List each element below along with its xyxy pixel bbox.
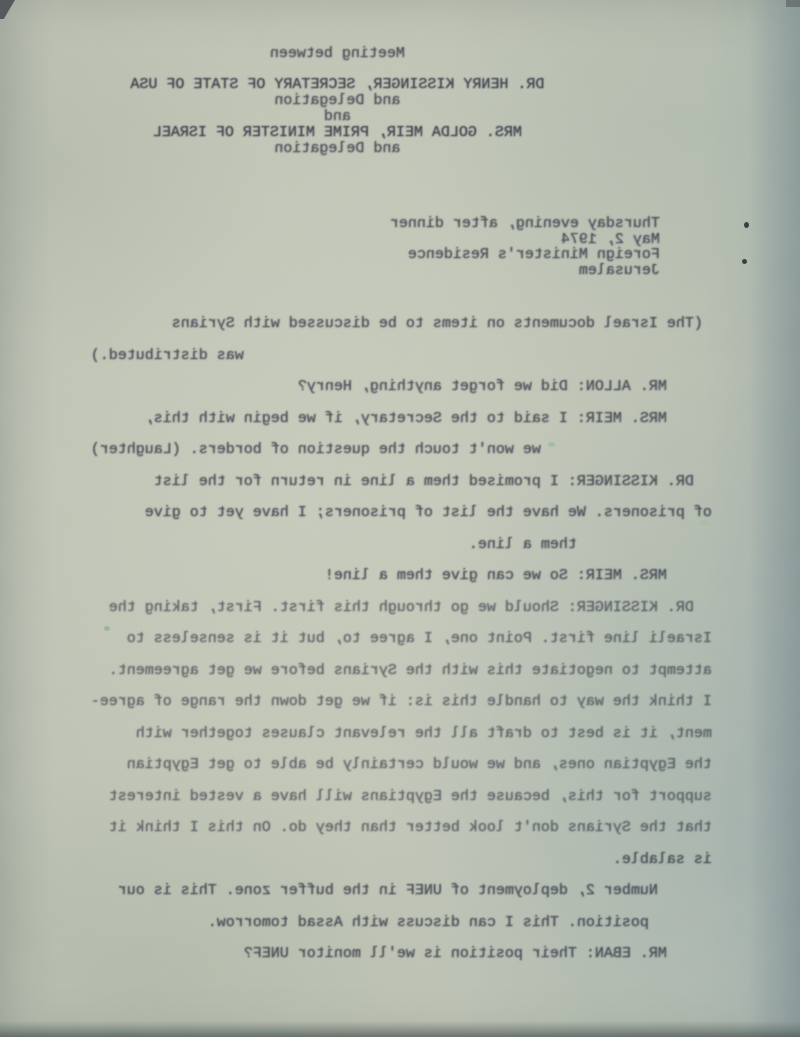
header-line: and <box>0 109 675 125</box>
paper-speck <box>104 626 110 631</box>
scanned-document-page: Meeting betweenDR. HENRY KISSINGER, SECR… <box>0 0 800 1037</box>
transcript-line: ment, it is best to draft all the releva… <box>0 724 712 744</box>
meeting-header: Meeting betweenDR. HENRY KISSINGER, SECR… <box>0 46 675 157</box>
scan-right-shadow-strip <box>748 0 800 1037</box>
dateline-block: Thursday evening, after dinnerMay 2, 197… <box>390 216 660 278</box>
transcript-line: them a line. <box>0 535 712 555</box>
transcript-line: MR. ALLON: Did we forget anything, Henry… <box>0 377 712 397</box>
header-line: MRS. GOLDA MEIR, PRIME MINISTER OF ISRAE… <box>0 125 675 141</box>
transcript-line: attempt to negotiate this with the Syria… <box>0 661 712 681</box>
header-line: and Delegation <box>0 93 675 109</box>
transcript-line: (The Israel documents on items to be dis… <box>0 314 712 334</box>
transcript-line: position. This I can discuss with Assad … <box>0 913 712 933</box>
dateline-line: Thursday evening, after dinner <box>390 216 660 232</box>
dateline-line: Foreign Minister's Residence <box>390 247 660 263</box>
transcript-line: that the Syrians don't look better than … <box>0 818 712 838</box>
transcript-line: DR. KISSINGER: I promised them a line in… <box>0 472 712 492</box>
top-right-corner-mark <box>786 0 800 7</box>
ink-dot <box>742 259 747 264</box>
transcript-line: is salable. <box>0 850 712 870</box>
transcript-line: Israeli line first. Point one, I agree t… <box>0 629 712 649</box>
transcript-line: DR. KISSINGER: Should we go through this… <box>0 598 712 618</box>
transcript-line: MRS. MEIR: So we can give them a line! <box>0 566 712 586</box>
dateline-line: May 2, 1974 <box>390 232 660 248</box>
transcript-line: I think the way to handle this is: if we… <box>0 692 712 712</box>
transcript-body: (The Israel documents on items to be dis… <box>0 314 800 964</box>
transcript-line: MRS. MEIR: I said to the Secretary, if w… <box>0 409 712 429</box>
header-line: DR. HENRY KISSINGER, SECRETARY OF STATE … <box>0 77 675 93</box>
transcript-line: support for this, because the Egyptians … <box>0 787 712 807</box>
header-line: and Delegation <box>0 141 675 157</box>
transcript-line: we won't touch the question of borders. … <box>0 440 712 460</box>
ink-dot <box>744 222 749 228</box>
paper-speck <box>700 520 708 526</box>
transcript-line: was distributed.) <box>0 346 712 366</box>
mirrored-typescript-layer: Meeting betweenDR. HENRY KISSINGER, SECR… <box>0 0 800 1037</box>
paper-speck <box>548 442 555 447</box>
transcript-line: MR. EBAN: Their position is we'll monito… <box>0 944 712 964</box>
transcript-line: Number 2, deployment of UNEF in the buff… <box>0 881 712 901</box>
transcript-line: of prisoners. We have the list of prison… <box>0 503 712 523</box>
transcript-line: the Egyptian ones, and we would certainl… <box>0 755 712 775</box>
scan-bottom-edge-shadow <box>0 1021 800 1037</box>
dateline-line: Jerusalem <box>390 263 660 279</box>
header-line: Meeting between <box>0 46 675 62</box>
